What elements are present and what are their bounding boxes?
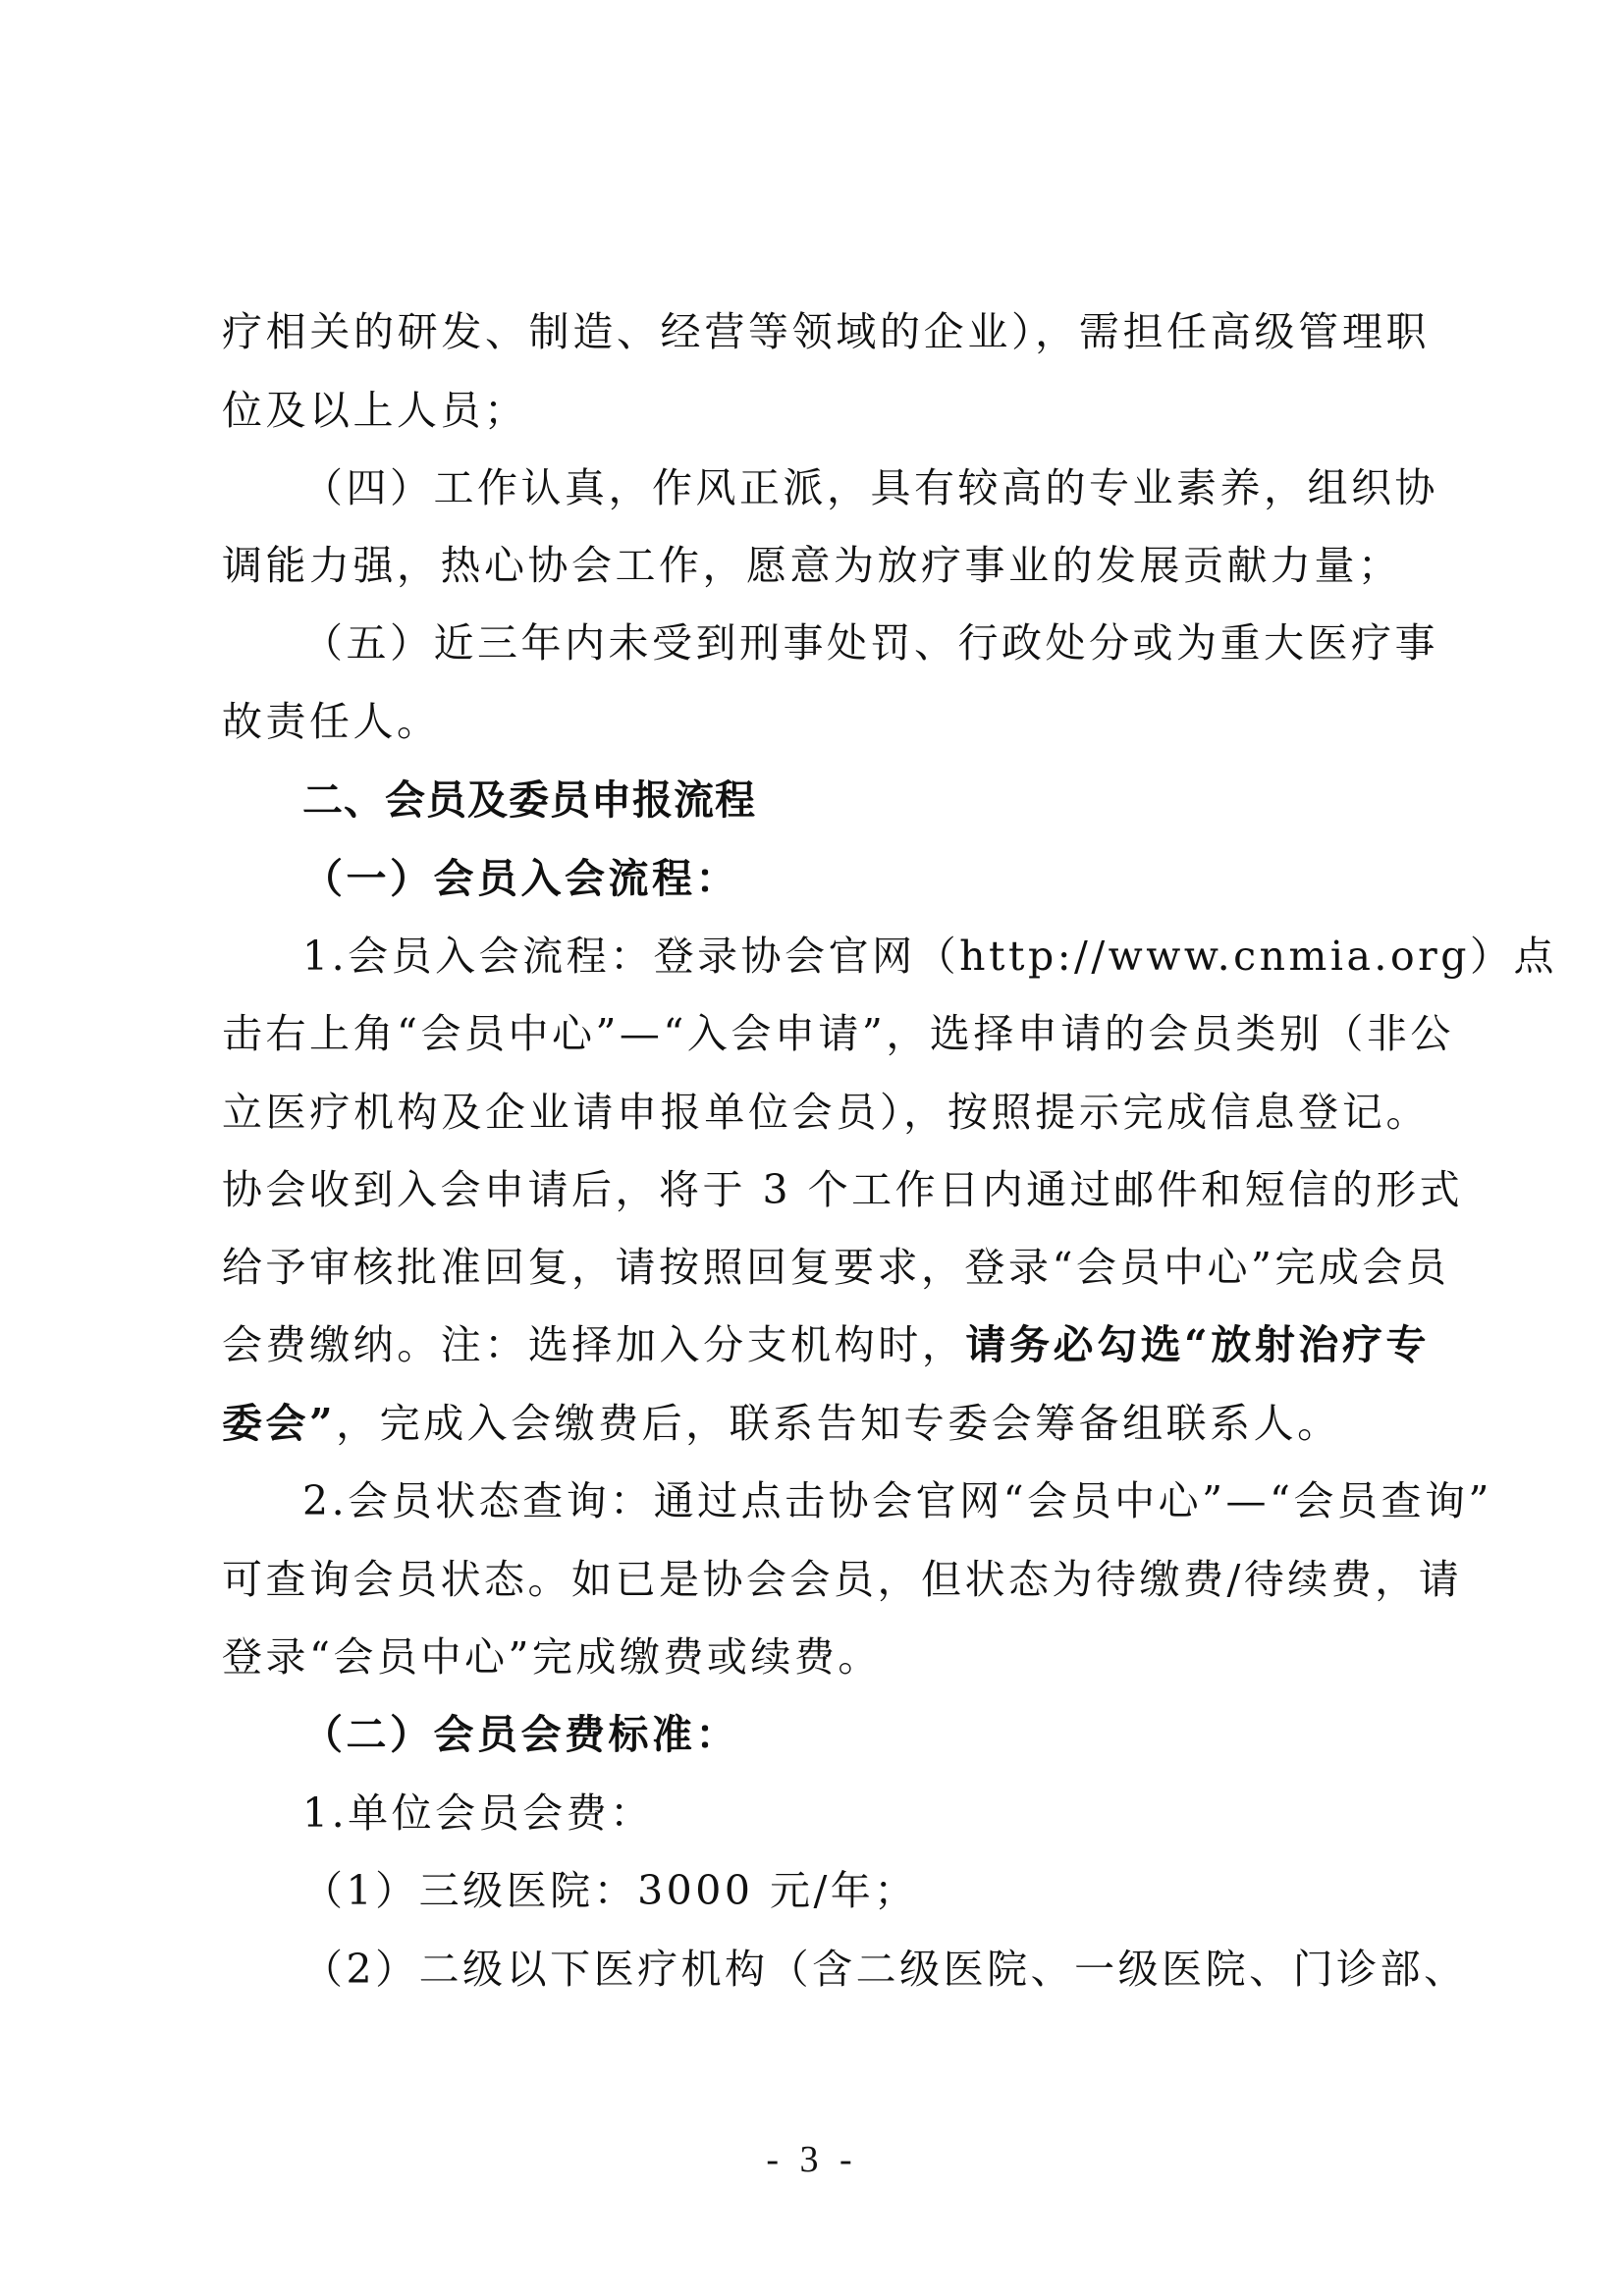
paragraph-line: 委会”，完成入会缴费后，联系告知专委会筹备组联系人。 [222,1394,1430,1453]
note-text: ，完成入会缴费后，联系告知专委会筹备组联系人。 [336,1400,1341,1447]
criterion-four: （四）工作认真，作风正派，具有较高的专业素养，组织协 [302,458,1430,517]
paragraph-line-note: 会费缴纳。注：选择加入分支机构时，请务必勾选“放射治疗专 [222,1315,1430,1374]
note-text: 会费缴纳。注：选择加入分支机构时， [222,1321,965,1368]
page-number: - 3 - [0,2135,1624,2184]
paragraph-line: 故责任人。 [222,692,1430,751]
document-page: 疗相关的研发、制造、经营等领域的企业），需担任高级管理职 位及以上人员； （四）… [0,0,1624,2296]
fee-item-heading: 1.单位会员会费： [302,1784,1430,1842]
fee-item: （1）三级医院：3000 元/年； [302,1861,1430,1920]
note-emphasis: 请务必勾选“放射治疗专 [965,1321,1430,1368]
criterion-five: （五）近三年内未受到刑事处罚、行政处分或为重大医疗事 [302,614,1430,672]
paragraph-line: 位及以上人员； [222,381,1430,440]
paragraph-line: 调能力强，热心协会工作，愿意为放疗事业的发展贡献力量； [222,536,1430,595]
fee-item: （2）二级以下医疗机构（含二级医院、一级医院、门诊部、 [302,1940,1430,1999]
subsection-heading-1: （一）会员入会流程： [302,849,1430,908]
paragraph-line: 疗相关的研发、制造、经营等领域的企业），需担任高级管理职 [222,302,1430,361]
section-heading-2: 二、会员及委员申报流程 [302,771,1430,829]
subsection-heading-2: （二）会员会费标准： [302,1705,1430,1764]
paragraph-line: 可查询会员状态。如已是协会会员，但状态为待缴费/待续费，请 [222,1550,1430,1609]
paragraph-line: 击右上角“会员中心”—“入会申请”，选择申请的会员类别（非公 [222,1004,1430,1063]
paragraph-line: 协会收到入会申请后，将于 3 个工作日内通过邮件和短信的形式 [222,1160,1430,1219]
note-emphasis: 委会” [222,1400,336,1447]
membership-process-line: 1.会员入会流程：登录协会官网（http://www.cnmia.org）点 [302,927,1430,986]
paragraph-line: 登录“会员中心”完成缴费或续费。 [222,1628,1430,1686]
paragraph-line: 立医疗机构及企业请申报单位会员），按照提示完成信息登记。 [222,1083,1430,1142]
paragraph-line: 给予审核批准回复，请按照回复要求，登录“会员中心”完成会员 [222,1238,1430,1297]
member-status-line: 2.会员状态查询：通过点击协会官网“会员中心”—“会员查询” [302,1471,1430,1530]
